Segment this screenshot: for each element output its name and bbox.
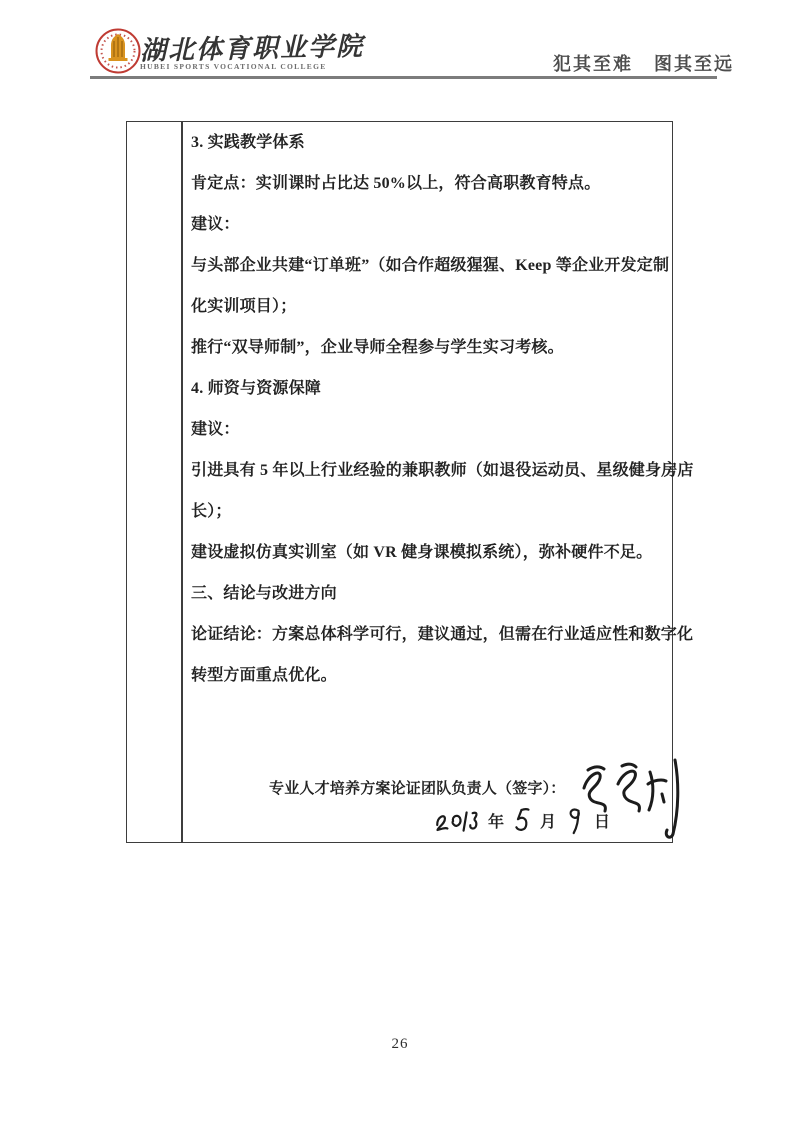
document-page: 湖北体育职业学院 HUBEI SPORTS VOCATIONAL COLLEGE…	[0, 0, 800, 1131]
text-line: 推行“双导师制”，企业导师全程参与学生实习考核。	[191, 327, 671, 368]
handwritten-year	[432, 804, 480, 836]
year-suffix: 年	[488, 809, 504, 832]
review-form-table: 3. 实践教学体系 肯定点：实训课时占比达 50%以上，符合高职教育特点。 建议…	[126, 121, 673, 843]
school-seal-icon	[94, 27, 142, 75]
table-column-divider	[181, 122, 183, 842]
day-suffix: 日	[594, 809, 610, 832]
text-line: 建设虚拟仿真实训室（如 VR 健身课模拟系统），弥补硬件不足。	[191, 532, 671, 573]
text-line: 长）；	[191, 491, 671, 532]
handwritten-month-5	[512, 805, 532, 836]
text-line: 引进具有 5 年以上行业经验的兼职教师（如退役运动员、星级健身房店	[191, 450, 671, 491]
signature-date-row: 年 月 日	[433, 802, 610, 838]
school-name-english: HUBEI SPORTS VOCATIONAL COLLEGE	[140, 62, 327, 71]
school-motto: 犯其至难 图其至远	[553, 50, 723, 76]
text-line: 建议：	[191, 409, 671, 450]
motto-right: 图其至远	[654, 50, 734, 76]
text-line: 4. 师资与资源保障	[191, 368, 671, 409]
text-line: 与头部企业共建“订单班”（如合作超级猩猩、Keep 等企业开发定制	[191, 245, 671, 286]
text-line: 转型方面重点优化。	[191, 655, 671, 696]
header-divider-line	[90, 76, 717, 79]
text-line: 3. 实践教学体系	[191, 122, 671, 163]
review-text-block: 3. 实践教学体系 肯定点：实训课时占比达 50%以上，符合高职教育特点。 建议…	[191, 122, 671, 696]
motto-left: 犯其至难	[553, 50, 633, 76]
text-line: 肯定点：实训课时占比达 50%以上，符合高职教育特点。	[191, 163, 671, 204]
text-line: 化实训项目）；	[191, 286, 671, 327]
signature-label: 专业人才培养方案论证团队负责人（签字）：	[269, 777, 566, 798]
text-line: 论证结论：方案总体科学可行，建议通过，但需在行业适应性和数字化	[191, 614, 671, 655]
month-suffix: 月	[540, 809, 556, 832]
handwritten-day-9	[564, 802, 586, 837]
page-number: 26	[0, 1036, 800, 1053]
text-line: 建议：	[191, 204, 671, 245]
text-line: 三、结论与改进方向	[191, 573, 671, 614]
